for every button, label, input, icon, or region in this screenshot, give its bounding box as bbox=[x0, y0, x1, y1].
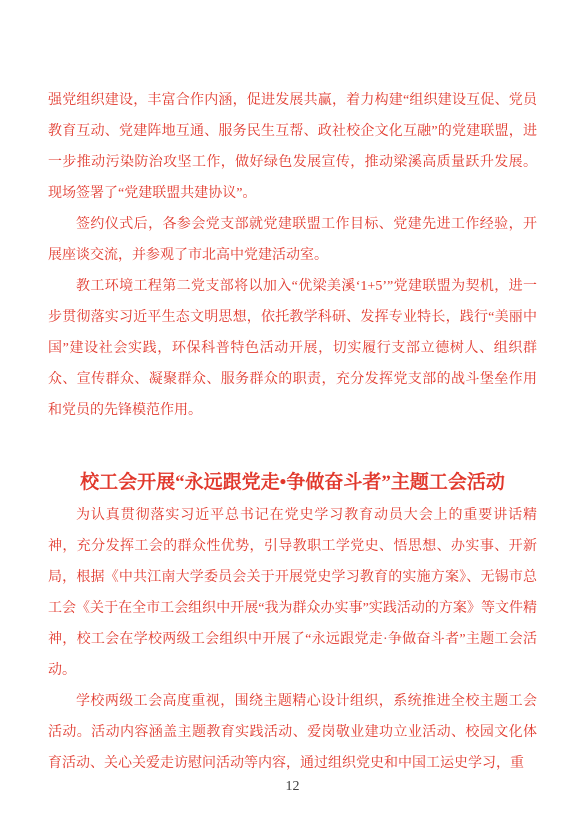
article-paragraph-1: 为认真贯彻落实习近平总书记在党史学习教育动员大会上的重要讲话精神，充分发挥工会的… bbox=[48, 500, 537, 686]
article-title: 校工会开展“永远跟党走•争做奋斗者”主题工会活动 bbox=[48, 466, 537, 500]
page-number: 12 bbox=[0, 777, 585, 797]
document-body: 强党组织建设，丰富合作内涵，促进发展共赢，着力构建“组织建设互促、党员教育互动、… bbox=[48, 85, 537, 779]
paragraph-continued-1: 强党组织建设，丰富合作内涵，促进发展共赢，着力构建“组织建设互促、党员教育互动、… bbox=[48, 85, 537, 209]
article-paragraph-2: 学校两级工会高度重视，围绕主题精心设计组织，系统推进全校主题工会活动。活动内容涵… bbox=[48, 686, 537, 779]
paragraph-continued-2: 签约仪式后，各参会党支部就党建联盟工作目标、党建先进工作经验，开展座谈交流，并参… bbox=[48, 209, 537, 271]
paragraph-continued-3: 教工环境工程第二党支部将以加入“优梁美溪‘1+5’”党建联盟为契机，进一步贯彻落… bbox=[48, 271, 537, 426]
document-page: 强党组织建设，丰富合作内涵，促进发展共赢，着力构建“组织建设互促、党员教育互动、… bbox=[0, 0, 585, 837]
